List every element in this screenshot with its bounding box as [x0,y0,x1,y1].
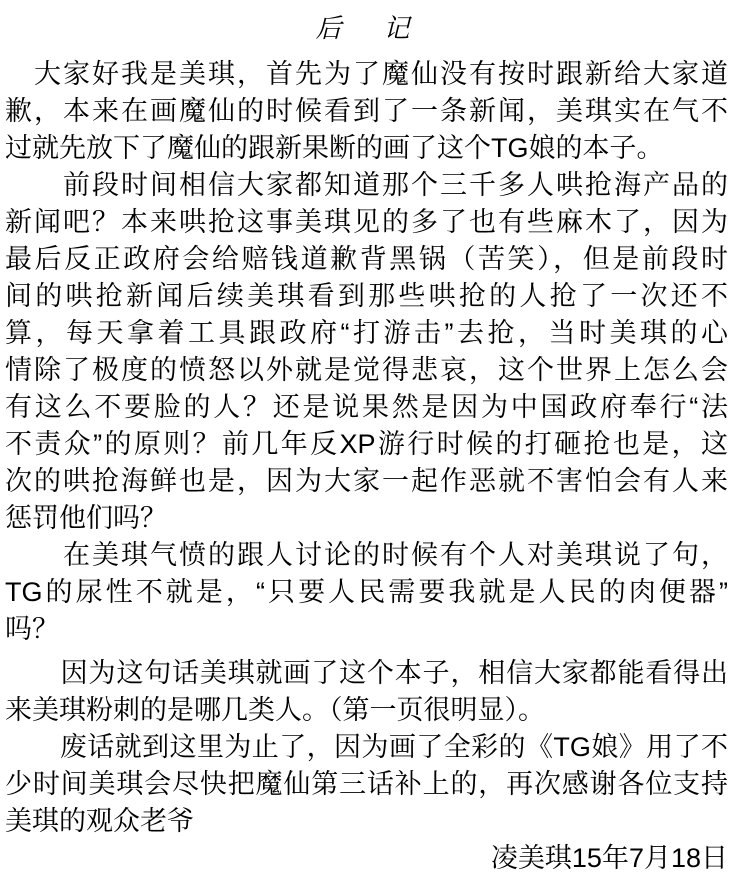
text-line: 情除了极度的愤怒以外就是觉得悲哀，这个世界上怎么会 [5,352,728,389]
text-line: 新闻吧？本来哄抢这事美琪见的多了也有些麻木了，因为 [5,204,728,241]
paragraph-closing-thanks: 废话就到这里为止了，因为画了全彩的《TG娘》用了不 少时间美琪会尽快把魔仙第三话… [5,729,728,840]
paragraph-reason: 因为这句话美琪就画了这个本子，相信大家都能看得出 来美琪粉刺的是哪几类人。（第一… [5,655,728,729]
text-line: 废话就到这里为止了，因为画了全彩的《TG娘》用了不 [5,729,728,766]
paragraph-discussion-quote: 在美琪气愤的跟人讨论的时候有个人对美琪说了句， TG的尿性不就是，“只要人民需要… [5,537,728,648]
signature-date: 凌美琪15年7月18日 [5,840,728,877]
text-line: 少时间美琪会尽快把魔仙第三话补上的，再次感谢各位支持 [5,766,728,803]
afterword-page: 后 记 大家好我是美琪，首先为了魔仙没有按时跟新给大家道 歉，本来在画魔仙的时候… [0,0,736,883]
text-line: 在美琪气愤的跟人讨论的时候有个人对美琪说了句， [5,537,728,574]
text-line: 歉，本来在画魔仙的时候看到了一条新闻，美琪实在气不 [5,93,728,130]
text-line: 间的哄抢新闻后续美琪看到那些哄抢的人抢了一次还不 [5,278,728,315]
text-line: TG的尿性不就是，“只要人民需要我就是人民的肉便器” [5,574,728,611]
text-line: 来美琪粉刺的是哪几类人。（第一页很明显）。 [5,692,728,729]
text-line: 美琪的观众老爷 [5,803,728,840]
text-line: 最后反正政府会给赔钱道歉背黑锅（苦笑），但是前段时 [5,241,728,278]
paragraph-news-looting: 前段时间相信大家都知道那个三千多人哄抢海产品的 新闻吧？本来哄抢这事美琪见的多了… [5,167,728,537]
page-title: 后 记 [5,12,728,46]
text-line: 大家好我是美琪，首先为了魔仙没有按时跟新给大家道 [5,56,728,93]
text-line: 吗？ [5,611,728,648]
text-line: 次的哄抢海鲜也是，因为大家一起作恶就不害怕会有人来 [5,463,728,500]
paragraph-apology: 大家好我是美琪，首先为了魔仙没有按时跟新给大家道 歉，本来在画魔仙的时候看到了一… [5,56,728,167]
text-line: 惩罚他们吗？ [5,500,728,537]
text-line: 不责众”的原则？前几年反XP游行时候的打砸抢也是，这 [5,426,728,463]
text-line: 前段时间相信大家都知道那个三千多人哄抢海产品的 [5,167,728,204]
text-line: 算，每天拿着工具跟政府“打游击”去抢，当时美琪的心 [5,315,728,352]
text-line: 有这么不要脸的人？还是说果然是因为中国政府奉行“法 [5,389,728,426]
text-line: 过就先放下了魔仙的跟新果断的画了这个TG娘的本子。 [5,130,728,167]
text-line: 因为这句话美琪就画了这个本子，相信大家都能看得出 [5,655,728,692]
